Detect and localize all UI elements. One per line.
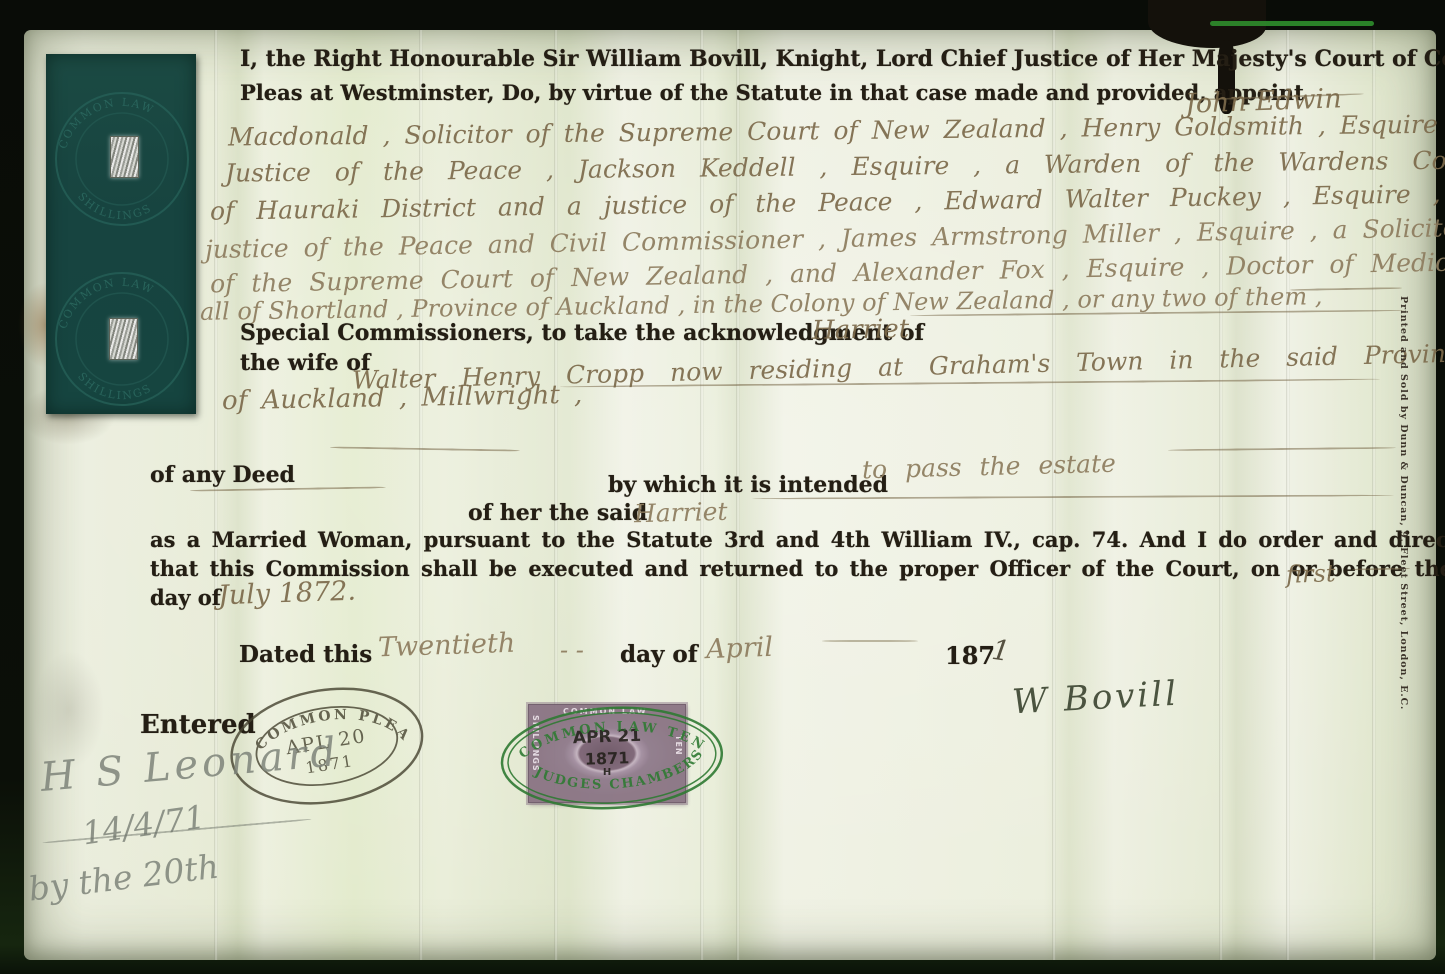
handwriting-dated-day: Twentieth [378, 628, 516, 664]
heading-line-1: I, the Right Honourable Sir William Bovi… [240, 46, 1445, 72]
handwriting-acknowledged-name: Harriet [812, 314, 910, 346]
dated-year-printed: 187 [945, 641, 995, 670]
svg-text:COMMON LAW: COMMON LAW [56, 96, 156, 151]
wife-of-label: the wife of [240, 350, 370, 376]
deed-label: of any Deed [150, 462, 295, 488]
judges-chambers-green-oval-stamp: COMMON LAW TEN JUDGES CHAMBERS [489, 694, 735, 826]
heading-line-2: Pleas at Westminster, Do, by virtue of t… [240, 80, 1304, 105]
of-her-label: of her the said [468, 500, 647, 526]
day-of-label: day of [150, 585, 221, 610]
ruled-line [822, 640, 918, 642]
intended-label: by which it is intended [608, 472, 888, 498]
embossed-stamp2-bottom-text: SHILLINGS [75, 370, 154, 402]
silver-foil-seal [110, 136, 139, 178]
green-fiber-streak [1210, 21, 1374, 26]
handwriting-dated-month: April [705, 632, 773, 665]
scanner-bed: COMMON LAW SHILLINGS COMMON LAW SHILLING… [0, 0, 1445, 974]
svg-text:SHILLINGS: SHILLINGS [75, 370, 154, 402]
printer-credit-vertical: Printed and Sold by Dunn & Duncan, 9, Fl… [1398, 296, 1409, 626]
dated-this-label: Dated this [239, 641, 372, 668]
handwriting-return-date: July 1872. [218, 576, 357, 612]
embossed-stamp1-top-text: COMMON LAW [56, 96, 156, 151]
embossed-stamp-engravings: COMMON LAW SHILLINGS COMMON LAW SHILLING… [46, 54, 196, 414]
svg-text:SHILLINGS: SHILLINGS [75, 190, 154, 222]
handwriting-residence: of Auckland , Millwright , [222, 380, 583, 416]
statute-line-1: as a Married Woman, pursuant to the Stat… [150, 527, 1445, 552]
svg-text:COMMON LAW: COMMON LAW [56, 276, 156, 331]
embossed-stamp2-top-text: COMMON LAW [56, 276, 156, 331]
fold-crease [214, 30, 218, 960]
embossed-revenue-stamp-strip: COMMON LAW SHILLINGS COMMON LAW SHILLING… [46, 54, 196, 414]
silver-foil-seal [109, 318, 138, 360]
embossed-stamp1-bottom-text: SHILLINGS [75, 190, 154, 222]
handwriting-deadline-word: first [1286, 559, 1336, 589]
dated-day-of-label: day of [620, 641, 698, 668]
handwriting-dash: - - [560, 636, 584, 664]
handwriting-of-her-name: Harriet [634, 497, 728, 528]
